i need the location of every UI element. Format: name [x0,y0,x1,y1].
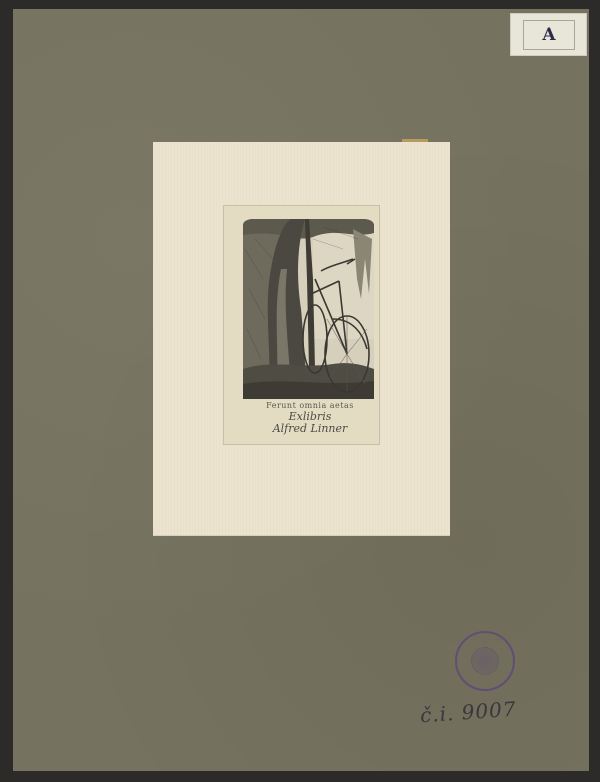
institution-stamp: · · · · · · · · · [455,631,515,691]
owner-name: Alfred Linner [258,423,362,435]
stamp-emblem-icon [471,647,499,675]
catalog-label-letter: A [523,20,575,50]
catalog-label: A [510,13,587,56]
stamp-text: · · · · · · · · · [457,637,513,642]
exlibris-inscription: Exlibris Alfred Linner [258,411,362,435]
etching-image-bicycle-tree [243,219,374,399]
etching-illustration [243,219,374,399]
